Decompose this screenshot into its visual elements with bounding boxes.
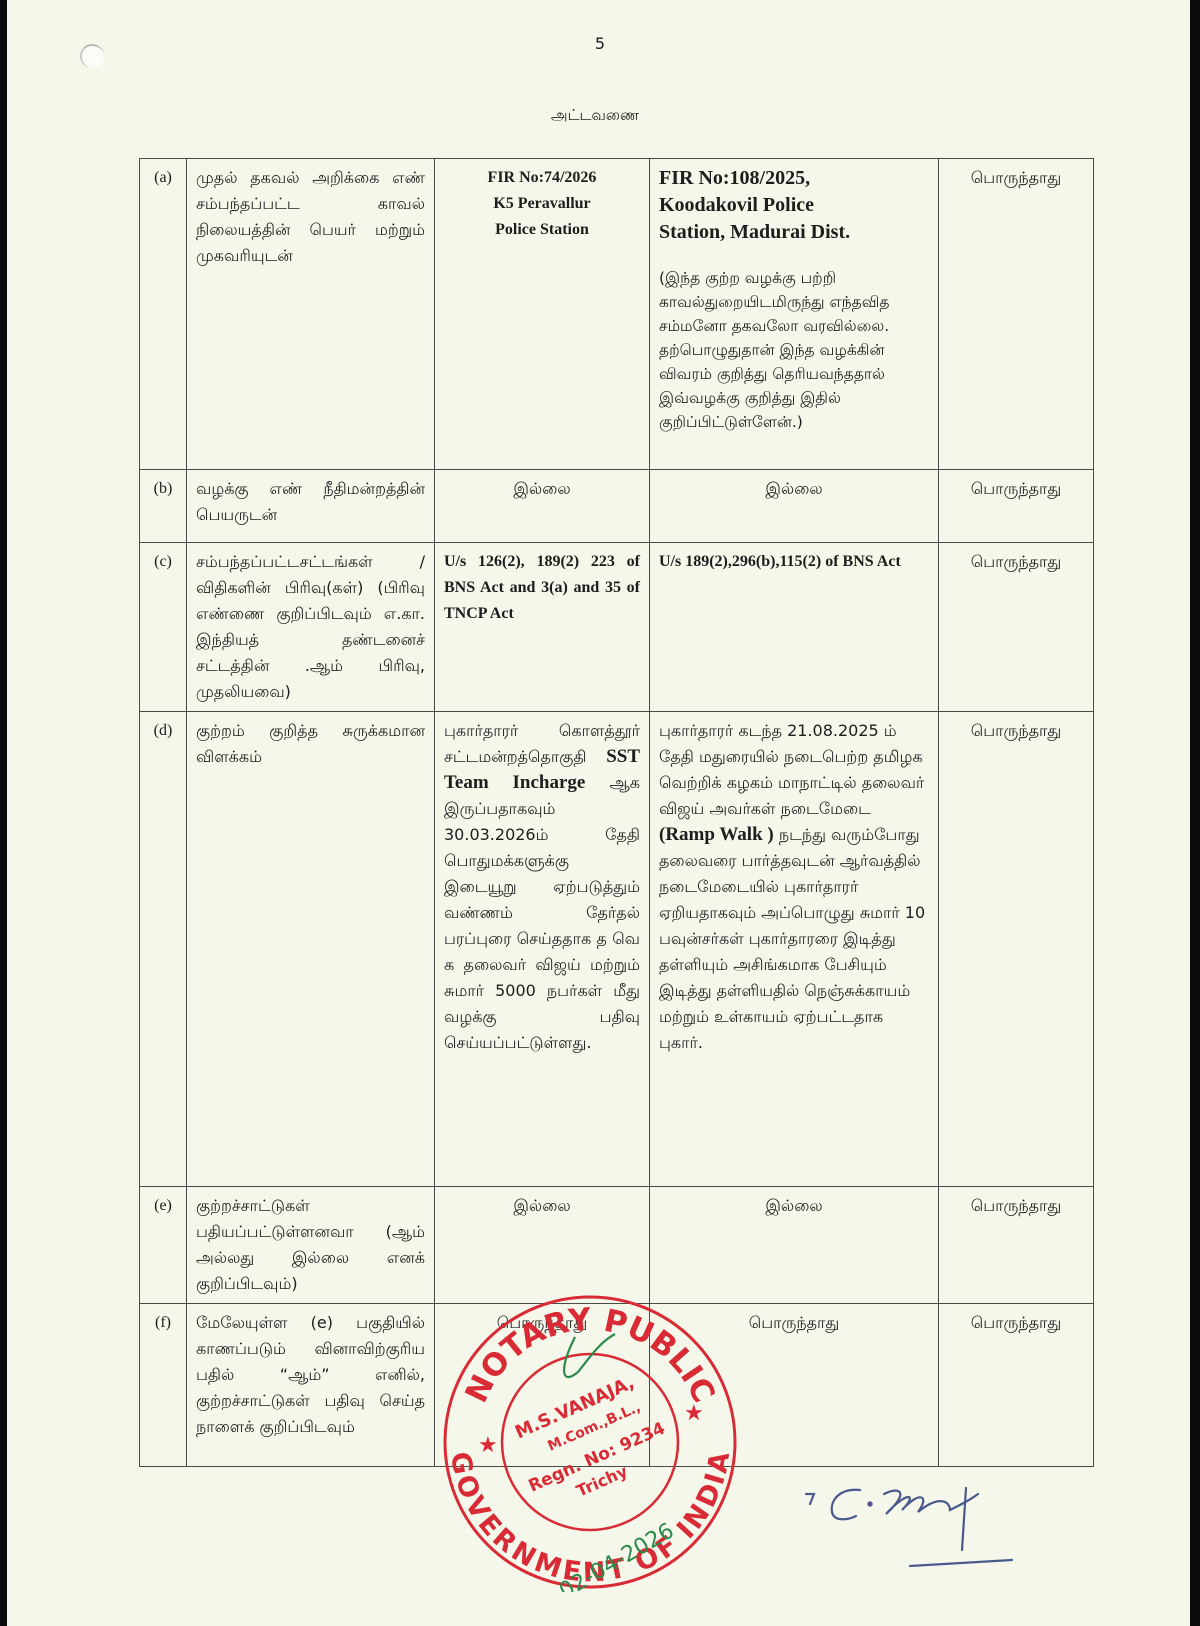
row-description: முதல் தகவல் அறிக்கை எண் சம்பந்தப்பட்ட கா…: [187, 159, 435, 470]
police-station-line: Station, Madurai Dist.: [659, 219, 929, 246]
summary-emphasis: (Ramp Walk ): [659, 824, 774, 845]
table-row-d: (d) குற்றம் குறித்த சுருக்கமான விளக்கம் …: [140, 712, 1094, 1187]
row-description: குற்றச்சாட்டுகள் பதியப்பட்டுள்ளனவா (ஆம் …: [187, 1187, 435, 1304]
police-station-line: K5 Peravallur: [444, 191, 640, 217]
case-2-fir-details: FIR No:108/2025, Koodakovil Police Stati…: [650, 159, 939, 470]
star-icon: ★: [478, 1433, 498, 1458]
row-index: (e): [140, 1187, 187, 1304]
row-remark: பொருந்தாது: [939, 712, 1094, 1187]
fir-number-line: FIR No:108/2025,: [659, 165, 929, 192]
case-1-summary: புகார்தாரர் கொளத்தூர் சட்டமன்றத்தொகுதி S…: [435, 712, 650, 1187]
page-number: 5: [0, 34, 1200, 53]
summary-text: புகார்தாரர் கடந்த 21.08.2025 ம் தேதி மது…: [659, 721, 924, 818]
row-index: (a): [140, 159, 187, 470]
notary-stamp: NOTARY PUBLIC GOVERNMENT OF INDIA ★ ★ M.…: [440, 1292, 740, 1592]
scan-border-right: [1190, 0, 1200, 1626]
row-remark: பொருந்தாது: [939, 1187, 1094, 1304]
row-remark: பொருந்தாது: [939, 1304, 1094, 1467]
fir-note: (இந்த குற்ற வழக்கு பற்றி காவல்துறையிடமிர…: [659, 266, 929, 434]
row-description: வழக்கு எண் நீதிமன்றத்தின் பெயருடன்: [187, 470, 435, 543]
case-1-value: இல்லை: [435, 1187, 650, 1304]
row-description: சம்பந்தப்பட்டசட்டங்கள் / விதிகளின் பிரிவ…: [187, 543, 435, 712]
signature: [790, 1480, 1020, 1570]
schedule-title: அட்டவணை: [0, 106, 1190, 126]
table-row-b: (b) வழக்கு எண் நீதிமன்றத்தின் பெயருடன் இ…: [140, 470, 1094, 543]
scan-border-left: [0, 0, 7, 1626]
case-2-value: இல்லை: [650, 1187, 939, 1304]
row-description: மேலேயுள்ள (e) பகுதியில் காணப்படும் வினாவ…: [187, 1304, 435, 1467]
row-index: (b): [140, 470, 187, 543]
case-1-sections: U/s 126(2), 189(2) 223 of BNS Act and 3(…: [435, 543, 650, 712]
case-2-summary: புகார்தாரர் கடந்த 21.08.2025 ம் தேதி மது…: [650, 712, 939, 1187]
case-2-sections: U/s 189(2),296(b),115(2) of BNS Act: [650, 543, 939, 712]
row-remark: பொருந்தாது: [939, 543, 1094, 712]
table-row-c: (c) சம்பந்தப்பட்டசட்டங்கள் / விதிகளின் ப…: [140, 543, 1094, 712]
case-details-table: (a) முதல் தகவல் அறிக்கை எண் சம்பந்தப்பட்…: [139, 158, 1094, 1467]
summary-text: நடந்து வரும்போது தலைவரை பார்த்தவுடன் ஆர்…: [659, 825, 925, 1052]
row-index: (f): [140, 1304, 187, 1467]
summary-text: ஆக இருப்பதாகவும் 30.03.2026ம் தேதி பொதும…: [444, 773, 640, 1052]
row-remark: பொருந்தாது: [939, 470, 1094, 543]
case-1-fir-details: FIR No:74/2026 K5 Peravallur Police Stat…: [435, 159, 650, 470]
row-index: (d): [140, 712, 187, 1187]
case-2-value: இல்லை: [650, 470, 939, 543]
star-icon: ★: [684, 1401, 704, 1426]
police-station-line: Police Station: [444, 217, 640, 243]
case-1-value: இல்லை: [435, 470, 650, 543]
fir-number-line: FIR No:74/2026: [444, 165, 640, 191]
police-station-line: Koodakovil Police: [659, 192, 929, 219]
row-remark: பொருந்தாது: [939, 159, 1094, 470]
table-row-e: (e) குற்றச்சாட்டுகள் பதியப்பட்டுள்ளனவா (…: [140, 1187, 1094, 1304]
row-index: (c): [140, 543, 187, 712]
row-description: குற்றம் குறித்த சுருக்கமான விளக்கம்: [187, 712, 435, 1187]
table-row-a: (a) முதல் தகவல் அறிக்கை எண் சம்பந்தப்பட்…: [140, 159, 1094, 470]
